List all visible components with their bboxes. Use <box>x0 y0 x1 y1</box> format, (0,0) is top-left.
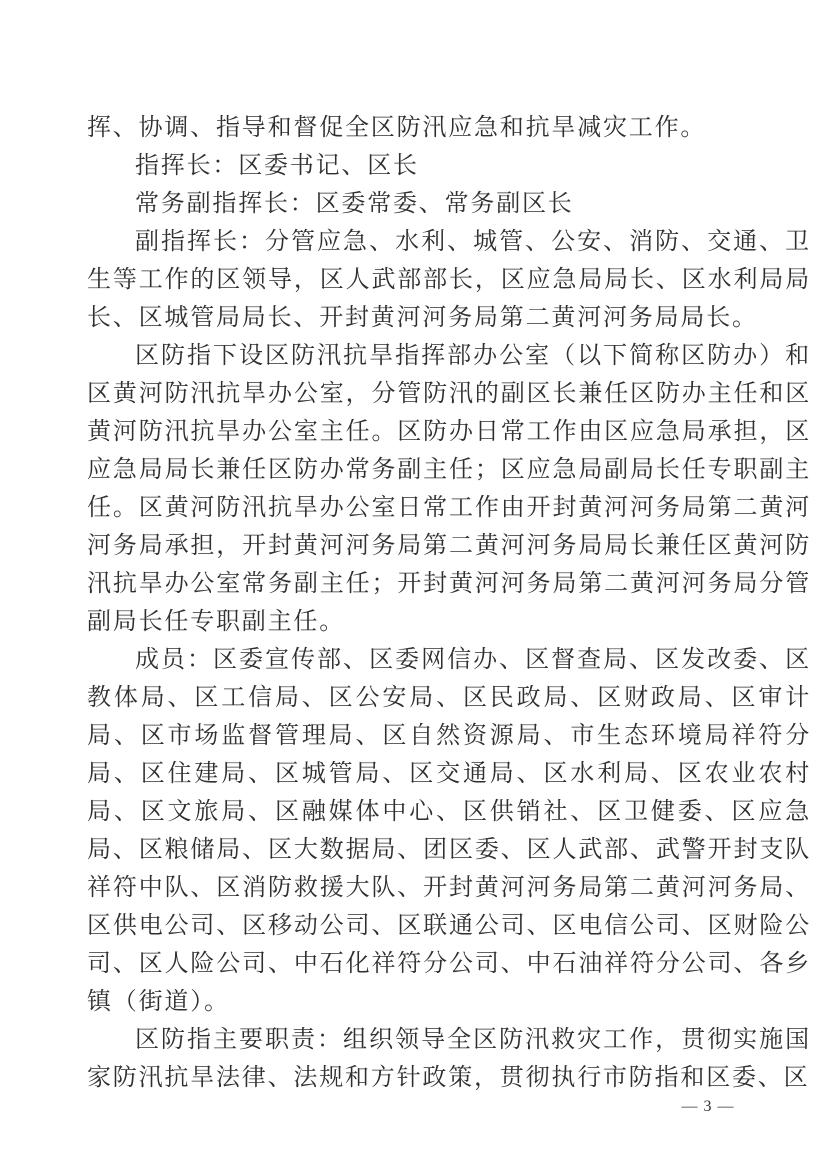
paragraph: 副指挥长：分管应急、水利、城管、公安、消防、交通、卫生等工作的区领导，区人武部部… <box>87 223 811 337</box>
document-page: 挥、协调、指导和督促全区防汛应急和抗旱减灾工作。指挥长：区委书记、区长常务副指挥… <box>0 0 826 1169</box>
page-number: — 3 — <box>663 1098 753 1116</box>
paragraph: 挥、协调、指导和督促全区防汛应急和抗旱减灾工作。 <box>87 109 811 147</box>
paragraph: 成员：区委宣传部、区委网信办、区督查局、区发改委、区教体局、区工信局、区公安局、… <box>87 641 811 1021</box>
paragraph: 常务副指挥长：区委常委、常务副区长 <box>87 185 811 223</box>
document-body: 挥、协调、指导和督促全区防汛应急和抗旱减灾工作。指挥长：区委书记、区长常务副指挥… <box>87 109 811 1097</box>
paragraph: 区防指主要职责：组织领导全区防汛救灾工作，贯彻实施国家防汛抗旱法律、法规和方针政… <box>87 1021 811 1097</box>
paragraph: 区防指下设区防汛抗旱指挥部办公室（以下简称区防办）和区黄河防汛抗旱办公室，分管防… <box>87 337 811 641</box>
paragraph: 指挥长：区委书记、区长 <box>87 147 811 185</box>
